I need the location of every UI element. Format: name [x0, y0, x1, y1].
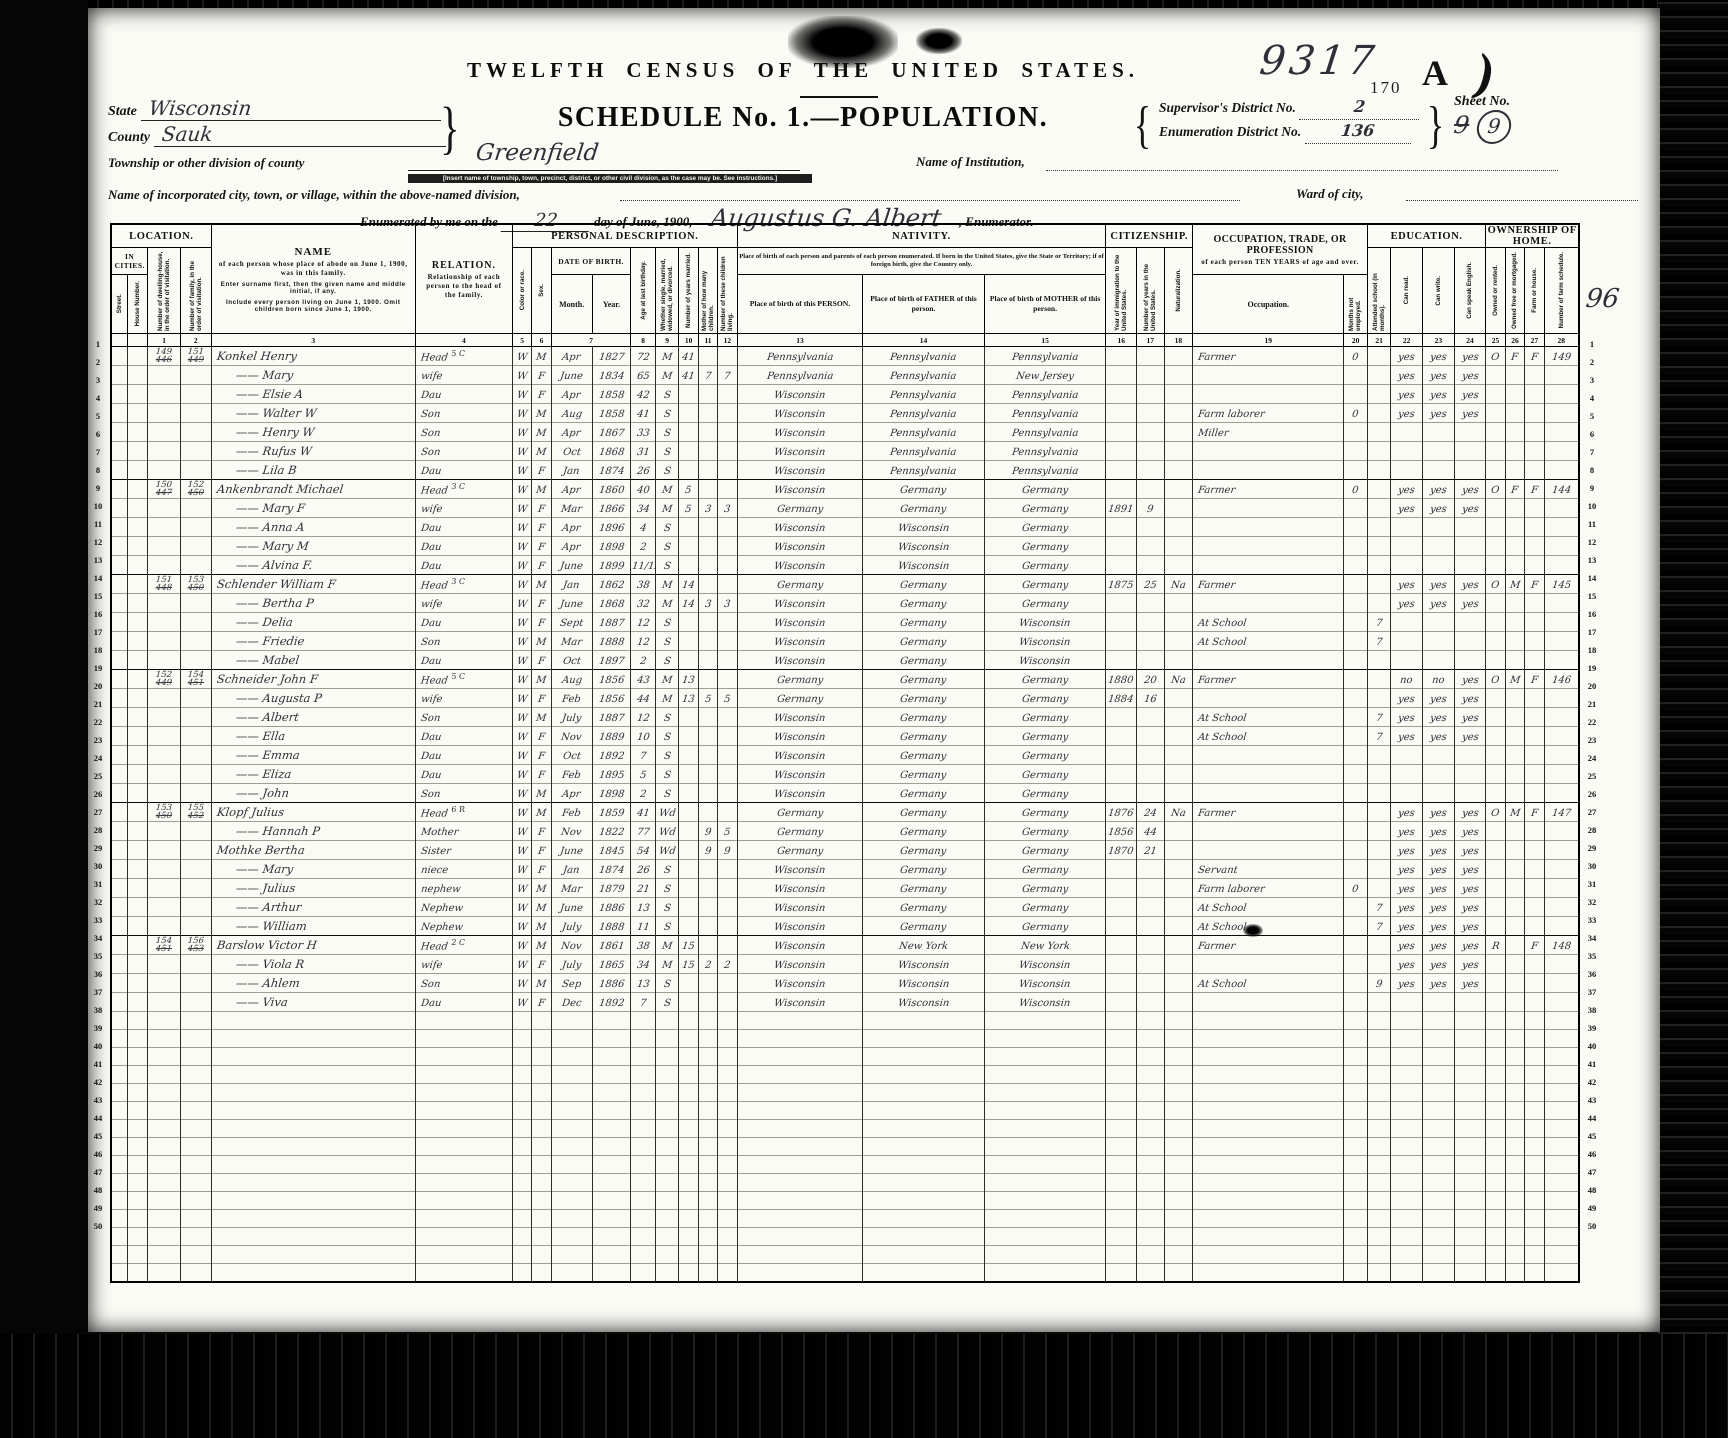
cell-yr: 1874 [592, 461, 631, 480]
cell-im [1106, 765, 1137, 784]
cell-mu [1344, 841, 1367, 860]
cell-c: W [512, 632, 531, 651]
cell-mo [551, 1174, 592, 1192]
cell-rel: wife [415, 594, 512, 613]
cell-fh [1525, 1102, 1544, 1120]
cell-p3 [984, 1120, 1106, 1138]
cell-kl [718, 1084, 737, 1102]
cell-p3: Wisconsin [984, 993, 1106, 1012]
cell-street [111, 404, 127, 423]
cell-age: 2 [631, 537, 656, 556]
cell-p2 [863, 1102, 985, 1120]
cell-fh [1525, 594, 1544, 613]
cell-mo: June [551, 594, 592, 613]
cell-c [512, 1228, 531, 1246]
cell-dw [148, 784, 181, 803]
cell-rel [415, 1102, 512, 1120]
cell-dw: 153450 [148, 803, 181, 822]
cell-kl: 3 [718, 594, 737, 613]
table-row: —— Alvina F.DauWFJune189911/12SWisconsin… [111, 556, 1579, 575]
cell-c [512, 1246, 531, 1264]
header-family-number: Number of family, in the order of visita… [180, 248, 211, 334]
row-number: 40 [1584, 1037, 1600, 1055]
cell-yus [1137, 1066, 1165, 1084]
cell-nat [1164, 879, 1193, 898]
cell-wr: yes [1423, 480, 1455, 499]
cell-ym [679, 1264, 698, 1283]
cell-ym [679, 1138, 698, 1156]
cell-en [1454, 1264, 1486, 1283]
cell-age: 7 [631, 993, 656, 1012]
cell-im: 1876 [1106, 803, 1137, 822]
cell-rel: Dau [415, 537, 512, 556]
cell-rel: Son [415, 442, 512, 461]
cell-name: —— Albert [211, 708, 415, 727]
cell-dw [148, 841, 181, 860]
cell-yr: 1856 [592, 670, 631, 689]
cell-k [698, 537, 717, 556]
cell-yus: 25 [1137, 575, 1165, 594]
cell-fam [180, 822, 211, 841]
cell-house [127, 1120, 147, 1138]
cell-p2: Wisconsin [863, 537, 985, 556]
row-number: 29 [90, 839, 106, 857]
cell-en: yes [1454, 803, 1486, 822]
cell-fs [1544, 537, 1579, 556]
table-row [111, 1192, 1579, 1210]
row-number: 32 [1584, 893, 1600, 911]
cell-yr [592, 1048, 631, 1066]
cell-house [127, 1102, 147, 1120]
cell-age: 33 [631, 423, 656, 442]
cell-wr [1423, 1048, 1455, 1066]
cell-house [127, 404, 147, 423]
cell-occ [1193, 556, 1344, 575]
cell-rd: yes [1391, 385, 1423, 404]
cell-en: yes [1454, 936, 1486, 955]
cell-mu [1344, 537, 1367, 556]
cell-own [1486, 1030, 1505, 1048]
county-value: Sauk [161, 122, 215, 146]
cell-yr [592, 1210, 631, 1228]
cell-s: M [532, 442, 551, 461]
cell-m: S [655, 442, 678, 461]
cell-yr: 1879 [592, 879, 631, 898]
cell-p3: Germany [984, 670, 1106, 689]
cell-kl [718, 575, 737, 594]
cell-yr: 1856 [592, 689, 631, 708]
cell-fam [180, 1138, 211, 1156]
cell-s: F [532, 499, 551, 518]
cell-yr [592, 1084, 631, 1102]
cell-occ [1193, 594, 1344, 613]
cell-age [631, 1012, 656, 1030]
cell-im [1106, 594, 1137, 613]
cell-p1: Wisconsin [737, 613, 863, 632]
cell-age: 38 [631, 936, 656, 955]
cell-ym [679, 1066, 698, 1084]
state-county-brace: } [440, 94, 459, 161]
table-row [111, 1120, 1579, 1138]
cell-p3: Germany [984, 917, 1106, 936]
row-number: 30 [90, 857, 106, 875]
cell-dw [148, 1102, 181, 1120]
cell-fam [180, 784, 211, 803]
cell-en: yes [1454, 860, 1486, 879]
cell-house [127, 556, 147, 575]
cell-dw [148, 366, 181, 385]
cell-fm [1505, 689, 1524, 708]
cell-wr [1423, 1120, 1455, 1138]
cell-yr: 1822 [592, 822, 631, 841]
cell-fs [1544, 632, 1579, 651]
cell-mu [1344, 1156, 1367, 1174]
cell-p2: Germany [863, 708, 985, 727]
cell-p1 [737, 1264, 863, 1283]
cell-fm [1505, 708, 1524, 727]
cell-en [1454, 537, 1486, 556]
cell-wr: yes [1423, 936, 1455, 955]
cell-street [111, 936, 127, 955]
table-row: —— Mary MDauWFApr18982SWisconsinWisconsi… [111, 537, 1579, 556]
cell-mo [551, 1120, 592, 1138]
cell-fs [1544, 1156, 1579, 1174]
cell-occ [1193, 442, 1344, 461]
cell-occ [1193, 955, 1344, 974]
cell-s: M [532, 898, 551, 917]
cell-wr: yes [1423, 917, 1455, 936]
row-number: 6 [90, 425, 106, 443]
cell-p2: Germany [863, 746, 985, 765]
cell-p2 [863, 1210, 985, 1228]
cell-house [127, 746, 147, 765]
cell-dw [148, 822, 181, 841]
cell-name: —— Henry W [211, 423, 415, 442]
cell-own [1486, 651, 1505, 670]
cell-yus [1137, 1012, 1165, 1030]
cell-fam [180, 974, 211, 993]
cell-en: yes [1454, 575, 1486, 594]
row-number: 2 [90, 353, 106, 371]
cell-fh [1525, 1066, 1544, 1084]
cell-ym [679, 974, 698, 993]
cell-fm: F [1505, 480, 1524, 499]
cell-fm [1505, 993, 1524, 1012]
cell-mu [1344, 1120, 1367, 1138]
cell-im [1106, 366, 1137, 385]
cell-dw: 152449 [148, 670, 181, 689]
cell-own [1486, 1156, 1505, 1174]
cell-k [698, 442, 717, 461]
cell-street [111, 822, 127, 841]
cell-k [698, 860, 717, 879]
cell-k [698, 1012, 717, 1030]
cell-fs [1544, 955, 1579, 974]
cell-p2: Germany [863, 822, 985, 841]
cell-kl [718, 784, 737, 803]
cell-s: M [532, 917, 551, 936]
cell-dw [148, 898, 181, 917]
cell-occ: Farmer [1193, 936, 1344, 955]
cell-ym [679, 1246, 698, 1264]
cell-own [1486, 499, 1505, 518]
cell-mu [1344, 613, 1367, 632]
cell-street [111, 803, 127, 822]
cell-occ [1193, 461, 1344, 480]
cell-c: W [512, 575, 531, 594]
cell-c [512, 1210, 531, 1228]
cell-fam [180, 898, 211, 917]
cell-yus: 21 [1137, 841, 1165, 860]
cell-occ [1193, 1030, 1344, 1048]
cell-street [111, 1066, 127, 1084]
cell-yr: 1892 [592, 746, 631, 765]
cell-p2: New York [863, 936, 985, 955]
cell-s: F [532, 765, 551, 784]
header-pob-father: Place of birth of FATHER of this person. [863, 275, 985, 334]
table-row: —— EllaDauWFNov188910SWisconsinGermanyGe… [111, 727, 1579, 746]
cell-name: —— Mabel [211, 651, 415, 670]
cell-p1 [737, 1012, 863, 1030]
cell-fs [1544, 822, 1579, 841]
cell-m: M [655, 366, 678, 385]
cell-sch [1367, 347, 1390, 366]
cell-street [111, 499, 127, 518]
cell-age: 2 [631, 784, 656, 803]
cell-p3: Pennsylvania [984, 385, 1106, 404]
cell-s: F [532, 556, 551, 575]
cell-nat [1164, 1084, 1193, 1102]
cell-rel [415, 1228, 512, 1246]
cell-c [512, 1192, 531, 1210]
cell-mo: July [551, 955, 592, 974]
cell-wr: yes [1423, 955, 1455, 974]
cell-yr: 1898 [592, 784, 631, 803]
cell-p3: Wisconsin [984, 632, 1106, 651]
cell-fam [180, 1012, 211, 1030]
cell-rd: yes [1391, 860, 1423, 879]
cell-c: W [512, 594, 531, 613]
cell-im [1106, 746, 1137, 765]
cell-rd [1391, 1156, 1423, 1174]
cell-occ: Farmer [1193, 670, 1344, 689]
row-number: 16 [1584, 605, 1600, 623]
cell-fam [180, 727, 211, 746]
cell-mo: Mar [551, 499, 592, 518]
cell-im [1106, 442, 1137, 461]
cell-c: W [512, 746, 531, 765]
cell-age: 21 [631, 879, 656, 898]
cell-s: M [532, 670, 551, 689]
cell-nat [1164, 727, 1193, 746]
cell-nat [1164, 936, 1193, 955]
cell-sch [1367, 1138, 1390, 1156]
cell-wr: yes [1423, 860, 1455, 879]
cell-house [127, 822, 147, 841]
row-number: 9 [90, 479, 106, 497]
row-number: 7 [90, 443, 106, 461]
cell-rd [1391, 746, 1423, 765]
cell-rel [415, 1210, 512, 1228]
cell-yr: 1898 [592, 537, 631, 556]
cell-rel: Dau [415, 556, 512, 575]
cell-p1 [737, 1228, 863, 1246]
row-number: 8 [1584, 461, 1600, 479]
header-can-read: Can read. [1391, 248, 1423, 334]
cell-fam: 155452 [180, 803, 211, 822]
cell-fm [1505, 860, 1524, 879]
cell-ym [679, 1156, 698, 1174]
cell-occ [1193, 1012, 1344, 1030]
cell-k [698, 480, 717, 499]
cell-yus [1137, 955, 1165, 974]
cell-age [631, 1084, 656, 1102]
cell-p2 [863, 1138, 985, 1156]
header-sex: Sex. [532, 248, 551, 334]
header-age: Age at last birthday. [631, 248, 656, 334]
row-number: 31 [90, 875, 106, 893]
row-number: 2 [1584, 353, 1600, 371]
cell-fam [180, 1210, 211, 1228]
cell-sch [1367, 1246, 1390, 1264]
cell-sch [1367, 1174, 1390, 1192]
cell-house [127, 784, 147, 803]
cell-en [1454, 1012, 1486, 1030]
cell-rel: Dau [415, 613, 512, 632]
cell-fm [1505, 1228, 1524, 1246]
cell-kl [718, 1030, 737, 1048]
cell-k: 3 [698, 499, 717, 518]
cell-occ [1193, 1210, 1344, 1228]
cell-p1: Germany [737, 499, 863, 518]
cell-kl [718, 1264, 737, 1283]
cell-mo: Jan [551, 461, 592, 480]
cell-yr: 1888 [592, 632, 631, 651]
cell-s: F [532, 518, 551, 537]
cell-house [127, 423, 147, 442]
cell-kl [718, 860, 737, 879]
cell-name: Ankenbrandt Michael [211, 480, 415, 499]
cell-p2: Germany [863, 879, 985, 898]
cell-mo: Jan [551, 860, 592, 879]
cell-name: —— Rufus W [211, 442, 415, 461]
cell-k [698, 784, 717, 803]
cell-wr [1423, 1030, 1455, 1048]
cell-c: W [512, 822, 531, 841]
cell-mu [1344, 1246, 1367, 1264]
cell-p3: Germany [984, 518, 1106, 537]
table-row [111, 1174, 1579, 1192]
cell-p3: Wisconsin [984, 651, 1106, 670]
cell-nat [1164, 917, 1193, 936]
cell-kl: 9 [718, 841, 737, 860]
table-row [111, 1048, 1579, 1066]
cell-rel: Dau [415, 746, 512, 765]
cell-mu [1344, 860, 1367, 879]
cell-fm [1505, 936, 1524, 955]
cell-age: 4 [631, 518, 656, 537]
cell-fm [1505, 1030, 1524, 1048]
cell-sch [1367, 746, 1390, 765]
cell-ym [679, 461, 698, 480]
cell-k [698, 1102, 717, 1120]
cell-en [1454, 1174, 1486, 1192]
cell-c: W [512, 917, 531, 936]
cell-p2 [863, 1084, 985, 1102]
cell-yus [1137, 442, 1165, 461]
cell-fs [1544, 860, 1579, 879]
cell-yus [1137, 708, 1165, 727]
cell-s: F [532, 689, 551, 708]
cell-p1 [737, 1210, 863, 1228]
cell-nat [1164, 1102, 1193, 1120]
cell-age: 72 [631, 347, 656, 366]
cell-wr [1423, 1084, 1455, 1102]
cell-fm [1505, 1138, 1524, 1156]
cell-m: S [655, 974, 678, 993]
cell-nat [1164, 898, 1193, 917]
cell-dw [148, 1174, 181, 1192]
cell-fs [1544, 708, 1579, 727]
cell-house [127, 461, 147, 480]
cell-fs: 147 [1544, 803, 1579, 822]
cell-yr: 1858 [592, 385, 631, 404]
cell-occ: Miller [1193, 423, 1344, 442]
cell-rel [415, 1156, 512, 1174]
cell-sch: 9 [1367, 974, 1390, 993]
cell-mo [551, 1084, 592, 1102]
cell-name: —— Elsie A [211, 385, 415, 404]
cell-k [698, 613, 717, 632]
header-can-speak-english: Can speak English. [1454, 248, 1486, 334]
city-blank-line [620, 200, 1240, 201]
cell-rd [1391, 1048, 1423, 1066]
cell-en [1454, 1228, 1486, 1246]
sheet-number-field: Sheet No. 9 9 [1454, 92, 1511, 144]
cell-m [655, 1048, 678, 1066]
row-number: 44 [90, 1109, 106, 1127]
cell-fs [1544, 594, 1579, 613]
cell-own [1486, 1246, 1505, 1264]
cell-im [1106, 955, 1137, 974]
cell-im: 1880 [1106, 670, 1137, 689]
row-number: 3 [90, 371, 106, 389]
cell-rel: Head5 C [415, 670, 512, 689]
cell-occ [1193, 1084, 1344, 1102]
cell-house [127, 1246, 147, 1264]
cell-sch [1367, 936, 1390, 955]
row-number: 11 [90, 515, 106, 533]
cell-mu [1344, 1048, 1367, 1066]
cell-dw [148, 499, 181, 518]
cell-s [532, 1012, 551, 1030]
cell-kl [718, 1174, 737, 1192]
cell-dw [148, 594, 181, 613]
cell-rd [1391, 537, 1423, 556]
cell-p1: Wisconsin [737, 518, 863, 537]
cell-wr [1423, 1102, 1455, 1120]
cell-name: —— Viva [211, 993, 415, 1012]
cell-k [698, 765, 717, 784]
cell-yr: 1896 [592, 518, 631, 537]
cell-fs [1544, 1192, 1579, 1210]
cell-p2: Germany [863, 898, 985, 917]
cell-age [631, 1174, 656, 1192]
cell-rel [415, 1264, 512, 1283]
cell-mo [551, 1030, 592, 1048]
cell-name: —— Mary F [211, 499, 415, 518]
cell-fam [180, 632, 211, 651]
